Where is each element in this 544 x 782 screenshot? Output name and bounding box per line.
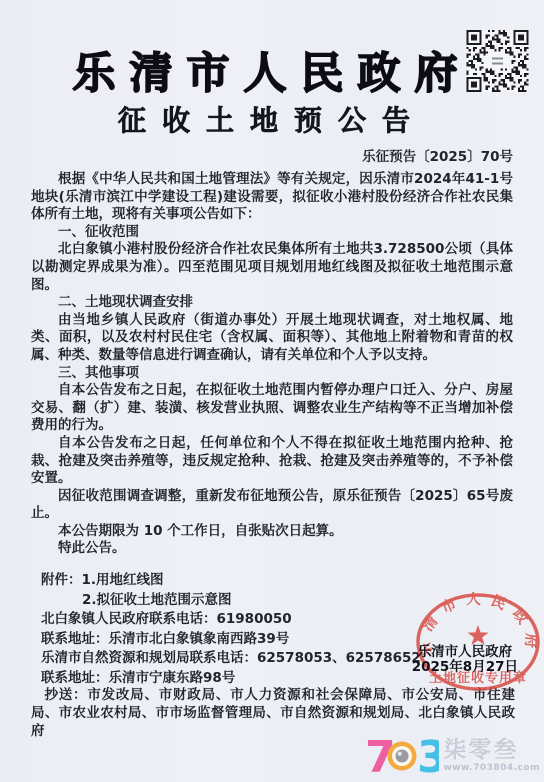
- qr-code: [464, 30, 531, 92]
- announcement-body: 根据《中华人民共和国土地管理法》等有关规定，因乐清市2024年41-1号地块(乐…: [31, 171, 513, 558]
- paragraph-suspension: 自本公告发布之日起，在拟征收土地范围内暂停办理户口迁入、分户、房屋交易、翻（扩）…: [31, 382, 513, 435]
- paragraph-prohibition: 自本公告发布之日起，任何单位和个人不得在拟征收土地范围内抢种、抢栽、抢建及突击养…: [31, 435, 513, 488]
- logo-digit-3: 3: [417, 734, 439, 778]
- attachments-label: 附件：: [41, 571, 82, 591]
- paragraph-intro: 根据《中华人民共和国土地管理法》等有关规定，因乐清市2024年41-1号地块(乐…: [31, 171, 513, 224]
- attachment-item-1: 1.用地红线图: [82, 571, 164, 591]
- announcement-page: 乐清市人民政府 征收土地预公告 乐征预告〔2025〕70号 根据《中华人民共和国…: [0, 0, 544, 782]
- section-2-heading: 二、土地现状调查安排: [31, 294, 513, 312]
- page-title: 乐清市人民政府: [31, 48, 513, 100]
- attachment-line-1: 附件： 1.用地红线图: [41, 571, 513, 591]
- paragraph-closing: 特此公告。: [31, 540, 513, 558]
- page-subtitle: 征收土地预公告: [31, 104, 513, 138]
- doc-number: 乐征预告〔2025〕70号: [31, 149, 513, 165]
- paragraph-duration: 本公告期限为 10 个工作日，自张贴次日起算。: [31, 523, 513, 541]
- qr-center-label: [489, 55, 506, 68]
- paragraph-survey: 由当地乡镇人民政府（街道办事处）开展土地现状调查，对土地权属、地类、面积，以及农…: [31, 312, 513, 365]
- document-header: 乐清市人民政府 征收土地预公告 乐征预告〔2025〕70号: [31, 0, 513, 165]
- section-3-heading: 三、其他事项: [31, 365, 513, 383]
- seal-star: [468, 625, 489, 645]
- watermark-url: www.703804.com: [443, 764, 540, 773]
- signature-date: 2025年8月27日: [412, 660, 518, 675]
- paragraph-revocation: 因征收范围调查调整，重新发布征地预公告，原乐征预告〔2025〕65号废止。: [31, 488, 513, 523]
- signature-issuer: 乐清市人民政府: [412, 645, 518, 660]
- watermark-logo: 7 3 柒零叁 www.703804.com: [365, 734, 540, 778]
- watermark-brand: 柒零叁: [443, 739, 540, 762]
- signature-block: 乐清市人民政府 2025年8月27日: [412, 645, 518, 674]
- paragraph-scope: 北白象镇小港村股份经济合作社农民集体所有土地共3.728500公顷（具体以勘测定…: [31, 241, 513, 294]
- section-1-heading: 一、征收范围: [31, 224, 513, 242]
- watermark-703-icon: 7 3: [365, 734, 439, 778]
